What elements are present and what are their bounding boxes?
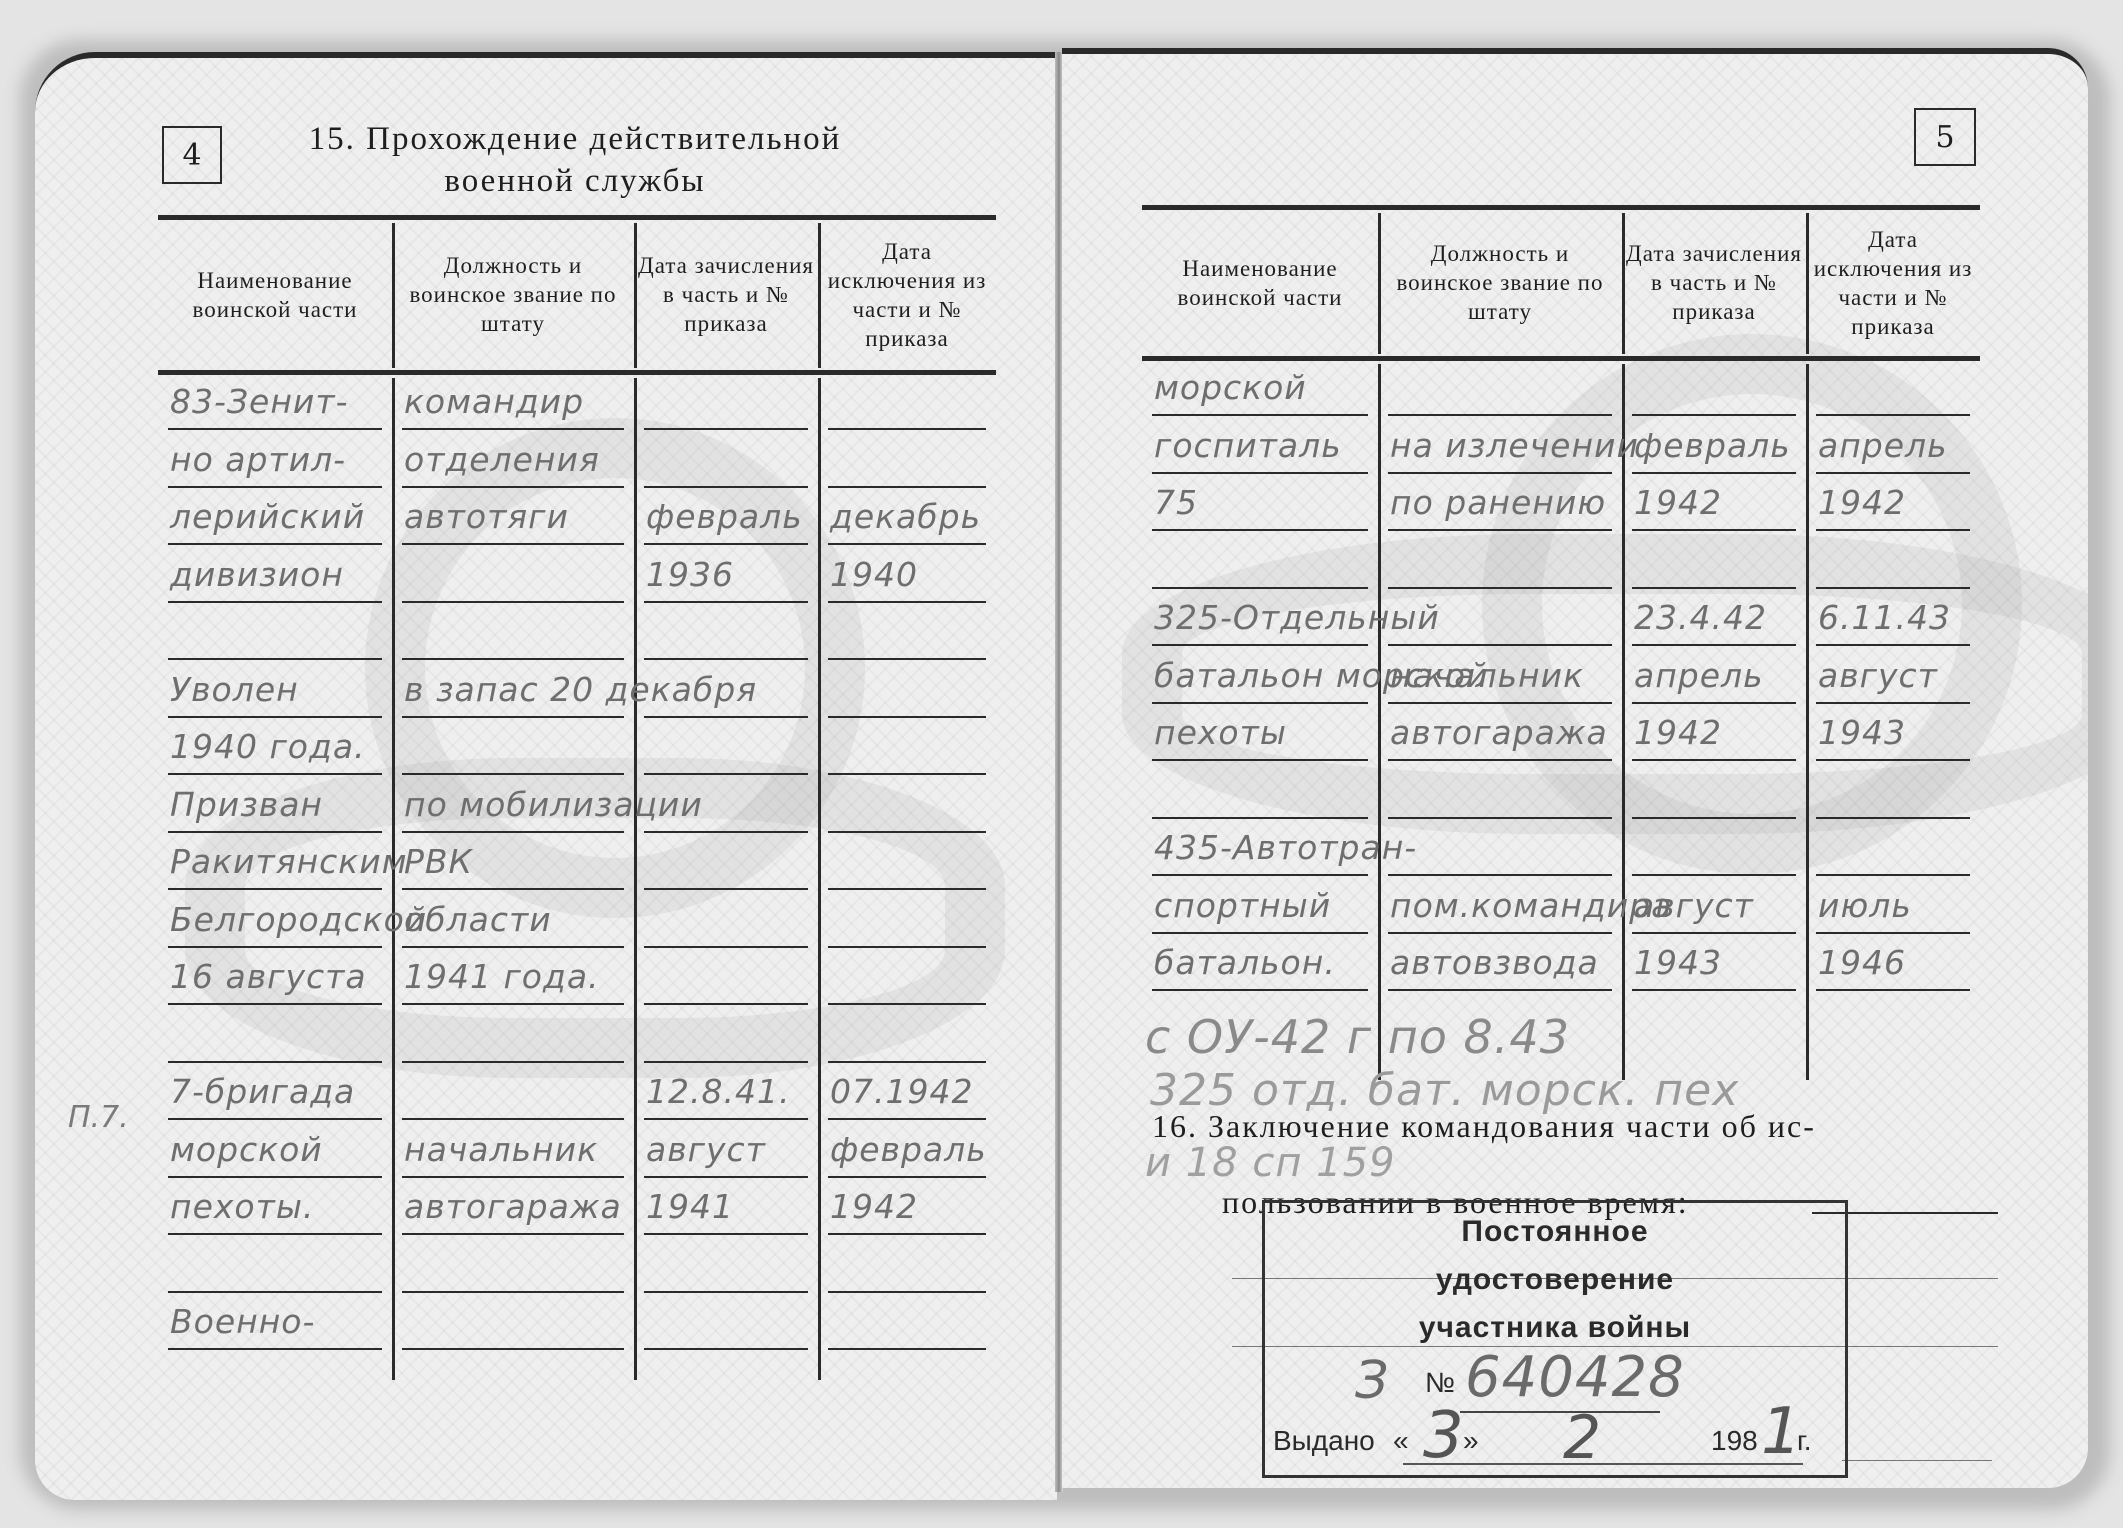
row-line [168,1233,382,1235]
column-divider [392,223,395,368]
row-line [1152,989,1368,991]
row-line [1816,989,1970,991]
row-line [168,946,382,948]
row-line [1388,644,1612,646]
issued-label: Выдано [1273,1425,1375,1457]
table-cell: Военно- [170,1302,315,1341]
row-line [828,486,986,488]
table-cell: Уволен [170,670,299,709]
page-number-text: 4 [182,138,201,173]
column-divider [818,223,821,368]
column-divider [1378,364,1381,1080]
row-line [402,716,624,718]
row-line [1632,874,1796,876]
column-header: Дата исключения из части и № приказа [822,221,992,368]
table-cell: по ранению [1390,483,1606,522]
row-line [168,1291,382,1293]
certificate-number: 640428 [1465,1345,1685,1410]
table-cell: Ракитянским [170,842,408,881]
section-title-line1: 15. Прохождение действительной [250,118,900,160]
row-line [168,428,382,430]
row-line [402,658,624,660]
table-cell: начальник [1390,656,1584,695]
row-line [1388,874,1612,876]
table-cell: командир [404,382,584,421]
row-line [644,1118,808,1120]
table-cell: морской [1154,368,1307,407]
table-cell: автотяги [404,497,569,536]
row-line [828,543,986,545]
table-cell: август [1818,656,1938,695]
row-line [168,1176,382,1178]
row-line [1152,759,1368,761]
row-line [1152,702,1368,704]
row-line [644,716,808,718]
table-cell: автогаража [404,1187,622,1226]
row-line [828,1291,986,1293]
row-line [1816,414,1970,416]
column-divider [1378,213,1381,354]
row-line [1632,472,1796,474]
table-top-rule [1142,205,1980,210]
row-line [402,1118,624,1120]
table-cell: август [646,1130,766,1169]
row-line [402,601,624,603]
table-cell: области [404,900,552,939]
table-cell: начальник [404,1130,598,1169]
handwritten-note-3: и 18 сп 159 [1145,1140,1396,1186]
row-line [1816,932,1970,934]
row-line [1152,587,1368,589]
table-cell: апрель [1634,656,1764,695]
table-cell: спортный [1154,886,1331,925]
row-line [402,428,624,430]
row-line [828,716,986,718]
stamp-line2: удостоверение [1265,1263,1845,1297]
table-cell: август [1634,886,1754,925]
row-line [168,773,382,775]
row-line [1816,702,1970,704]
table-cell: пехоты. [170,1187,314,1226]
row-line [402,1233,624,1235]
row-line [1632,587,1796,589]
stamp-line1: Постоянное [1265,1215,1845,1249]
table-header-rule [158,370,996,375]
row-line [168,716,382,718]
table-cell: 1940 [830,555,918,594]
row-line [1388,414,1612,416]
row-line [828,888,986,890]
table-cell: апрель [1818,426,1948,465]
table-cell: 16 августа [170,957,367,996]
page-number-right: 5 [1914,108,1976,166]
stamp-number-row: З № 640428 [1355,1351,1775,1411]
row-line [828,1003,986,1005]
row-line [168,1118,382,1120]
quote-open: « [1393,1425,1409,1457]
row-line [402,1061,624,1063]
row-line [1632,817,1796,819]
veteran-certificate-stamp: Постоянное удостоверение участника войны… [1262,1200,1848,1478]
table-header-rule [1142,356,1980,361]
row-line [1632,702,1796,704]
table-cell: 7-бригада [170,1072,355,1111]
column-header: Должность и воинское звание по штату [396,221,630,368]
row-line [828,831,986,833]
table-cell: лерийский [170,497,365,536]
row-line [168,486,382,488]
row-line [828,601,986,603]
section-16-line1: 16. Заключение командования части об ис- [1152,1108,1816,1145]
row-line [644,601,808,603]
row-line [644,1348,808,1350]
row-line [1816,472,1970,474]
table-cell: 1943 [1634,943,1722,982]
certificate-series: З [1355,1351,1389,1411]
table-cell: госпиталь [1154,426,1342,465]
table-cell: 6.11.43 [1818,598,1951,637]
row-line [644,888,808,890]
table-cell: 12.8.41. [646,1072,790,1111]
row-line [1816,587,1970,589]
table-cell: дивизион [170,555,344,594]
row-line [828,1348,986,1350]
table-cell: Призван [170,785,323,824]
row-line [828,428,986,430]
row-line [1152,414,1368,416]
table-cell: на излечении [1390,426,1639,465]
table-cell: автовзвода [1390,943,1599,982]
row-line [1388,529,1612,531]
row-line [1152,472,1368,474]
table-cell: но артил- [170,440,346,479]
table-cell: 23.4.42 [1634,598,1767,637]
table-cell: автогаража [1390,713,1608,752]
handwritten-note-1: с ОУ-42 г по 8.43 [1145,1010,1570,1064]
table-cell: 1946 [1818,943,1906,982]
row-line [644,658,808,660]
row-line [168,1061,382,1063]
section-title-line2: военной службы [250,160,900,202]
row-line [644,428,808,430]
table-cell: морской [170,1130,323,1169]
row-line [828,1233,986,1235]
row-line [1388,472,1612,474]
table-cell: Белгородской [170,900,427,939]
row-line [1632,414,1796,416]
row-line [168,831,382,833]
issued-underline [1403,1463,1803,1465]
row-line [402,486,624,488]
table-cell: РВК [404,842,473,881]
table-cell: пом.командира [1390,886,1672,925]
table-cell: февраль [830,1130,987,1169]
row-line [168,1003,382,1005]
table-cell: февраль [1634,426,1791,465]
table-cell: 1941 года. [404,957,600,996]
column-header: Дата исключения из части и № приказа [1810,211,1976,354]
stamp-line3: участника войны [1265,1311,1845,1345]
row-line [402,1348,624,1350]
page-number-left: 4 [162,126,222,184]
row-line [828,773,986,775]
stamp-issued-row: Выдано « 3 » 2 198 1 г. [1273,1413,1833,1473]
row-line [1632,759,1796,761]
table-cell: 1942 [1634,713,1722,752]
row-line [644,1003,808,1005]
table-cell: батальон. [1154,943,1336,982]
issued-day: 3 [1423,1399,1465,1473]
row-line [1632,529,1796,531]
row-line [1816,529,1970,531]
row-line [644,543,808,545]
row-line [1152,644,1368,646]
row-line [828,946,986,948]
column-header: Наименование воинской части [162,221,388,368]
number-label: № [1425,1367,1455,1399]
row-line [402,1291,624,1293]
row-line [1388,817,1612,819]
row-line [644,486,808,488]
table-cell: 07.1942 [830,1072,973,1111]
row-line [168,543,382,545]
row-line [1388,759,1612,761]
table-cell: в запас 20 декабря [404,670,757,709]
row-line [1152,932,1368,934]
row-line [402,831,624,833]
table-cell: 1941 [646,1187,734,1226]
row-line [402,1176,624,1178]
table-cell: по мобилизации [404,785,703,824]
column-divider [1806,364,1809,1080]
year-prefix: 198 [1711,1425,1758,1457]
row-line [1152,874,1368,876]
table-cell: 1936 [646,555,734,594]
table-cell: отделения [404,440,600,479]
row-line [402,1003,624,1005]
row-line [644,831,808,833]
column-header: Дата зачисления в часть и № приказа [638,221,814,368]
answer-line [1842,1460,1992,1461]
row-line [402,888,624,890]
row-line [168,1348,382,1350]
row-line [1632,644,1796,646]
row-line [1632,989,1796,991]
row-line [644,1291,808,1293]
row-line [1388,932,1612,934]
row-line [1816,874,1970,876]
row-line [1388,587,1612,589]
row-line [1388,702,1612,704]
column-header: Дата зачисления в часть и № приказа [1626,211,1802,354]
column-divider [1622,364,1625,1080]
row-line [168,601,382,603]
row-line [828,1061,986,1063]
table-cell: 1942 [1818,483,1906,522]
table-cell: 1942 [830,1187,918,1226]
table-cell: декабрь [830,497,981,536]
row-line [644,946,808,948]
table-cell: 75 [1154,483,1198,522]
row-line [1816,817,1970,819]
row-line [402,946,624,948]
column-divider [1622,213,1625,354]
column-divider [818,378,821,1380]
row-line [168,888,382,890]
table-cell: 83-Зенит- [170,382,349,421]
margin-note: П.7. [68,1100,129,1135]
row-line [828,1118,986,1120]
table-cell: 435-Автотран- [1154,828,1417,867]
row-line [1632,932,1796,934]
column-divider [1806,213,1809,354]
row-line [1152,817,1368,819]
row-line [1388,989,1612,991]
table-top-rule [158,215,996,220]
table-cell: 1943 [1818,713,1906,752]
row-line [644,773,808,775]
table-cell: 1942 [1634,483,1722,522]
row-line [828,1176,986,1178]
column-divider [634,223,637,368]
year-unit: г. [1797,1425,1812,1457]
row-line [828,658,986,660]
quote-close: » [1463,1425,1479,1457]
table-cell: февраль [646,497,803,536]
table-cell: 1940 года. [170,727,366,766]
table-cell: июль [1818,886,1912,925]
table-cell: 325-Отдельный [1154,598,1440,637]
column-header: Наименование воинской части [1146,211,1374,354]
row-line [644,1061,808,1063]
section-15-title: 15. Прохождение действительной военной с… [250,118,900,202]
page-number-text: 5 [1935,120,1954,155]
row-line [644,1176,808,1178]
row-line [402,773,624,775]
row-line [1152,529,1368,531]
row-line [644,1233,808,1235]
row-line [168,658,382,660]
row-line [1816,759,1970,761]
row-line [402,543,624,545]
column-header: Должность и воинское звание по штату [1382,211,1618,354]
row-line [1816,644,1970,646]
table-cell: пехоты [1154,713,1287,752]
column-divider [634,378,637,1380]
